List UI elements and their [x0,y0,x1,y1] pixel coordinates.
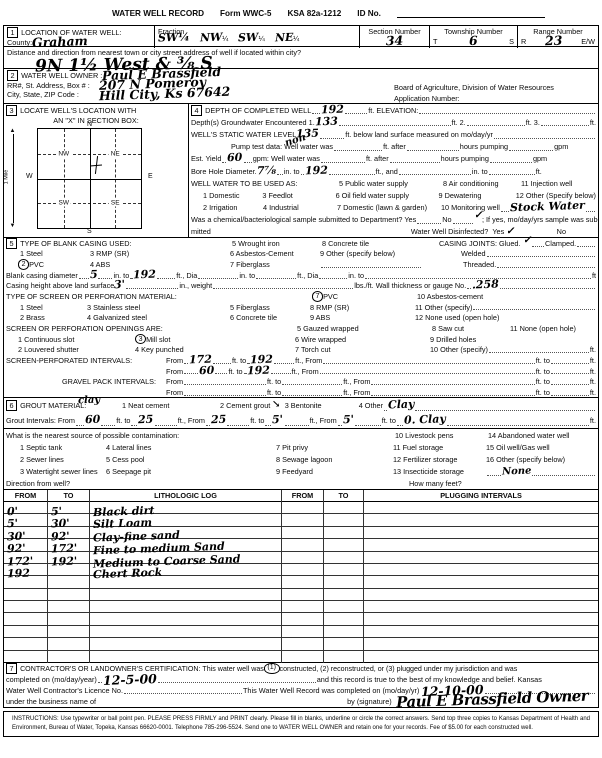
casing-depth-value: 192 [133,270,156,280]
casing-height-value: 3' [114,281,125,290]
opening-option-10: 10 Other (specify) [430,345,488,354]
form-title-bar: WATER WELL RECORD Form WWC-5 KSA 82a-121… [112,9,545,18]
col-to-2: TO [324,490,364,502]
section-4-depth: 4DEPTH OF COMPLETED WELL192ft. ELEVATION… [189,104,598,237]
gauge-value: .258 [472,281,499,291]
casing-option-3: 3 RMP (SR) [90,249,230,258]
well-water-was-label: Well water was [271,154,320,163]
mile-label: 1 Mile [3,170,9,185]
form-number: Form WWC-5 [220,9,271,18]
grout-other-value: Clay [388,401,415,411]
grout-clay-scribble: clay [78,397,100,406]
opening-option-11: 11 None (open hole) [510,324,576,333]
casing-diameter-label: Blank casing diameter [6,271,78,280]
used-as-label: WELL WATER TO BE USED AS: [191,179,339,188]
contam-option-5: 5 Cess pool [106,455,276,464]
lithologic-log-table: FROM TO LITHOLOGIC LOG FROM TO PLUGGING … [4,490,598,663]
north-label: N [87,121,92,128]
litho-from: 5' [7,520,18,529]
section-5-badge: 5 [6,238,17,249]
grout-arrow-mark: ↘ [272,400,281,408]
city-label: City, State, ZIP Code : [7,90,99,99]
ft-to-label: ft. to [536,356,550,365]
contam-option-6: 6 Seepage pit [106,467,276,476]
screen-material-5: 5 Fiberglass [230,303,310,312]
grout-option-3: 3 Bentonite [285,401,359,410]
board-block: Board of Agriculture, Division of Water … [394,83,554,105]
casing-height-label: Casing height above land surface [6,281,114,290]
opening-option-1: 1 Continuous slot [18,335,135,344]
arrow-down-icon: ▼ [10,223,16,229]
ft-from-label: ft., From [343,377,370,386]
litho-to: 172' [51,545,78,555]
section-6-badge: 6 [6,400,17,411]
glued-check: ✓ [522,237,531,245]
pump-test-label: Pump test data: [231,142,282,151]
use-option-7: 7 Domestic (lawn & garden) [337,203,441,212]
gpm-label: gpm [554,142,568,151]
ft-to-label: ft. to [267,377,281,386]
east-label: E [148,173,153,180]
disinfected-label: Water Well Disinfected? [411,227,488,236]
county-cell: 1LOCATION OF WATER WELL: County:Graham [4,26,154,48]
gw-2-label: ft. 2. [452,118,466,127]
grout-option-2: 2 Cement grout [220,401,270,410]
one-mile-scale: ▲ 1 Mile ▼ [8,128,20,229]
gpm-colon-label: gpm: [253,154,269,163]
litho-to: 92' [51,532,70,541]
contam-option-7: 7 Pit privy [276,443,393,452]
center-horizontal-line [38,179,141,180]
ft-and-label: ft., and [376,167,398,176]
contam-option-11: 11 Fuel storage [393,443,486,452]
from-label: From [166,356,183,365]
table-row [4,638,598,650]
sw-quadrant-label: SW [57,200,71,207]
chem-mitted: mitted [191,227,211,236]
depth-completed-label: DEPTH OF COMPLETED WELL [205,106,311,115]
contam-option-8: 8 Sewage lagoon [276,455,393,464]
west-label: W [26,173,33,180]
depth-completed-value: 192 [321,105,344,115]
id-no-blank [397,9,545,18]
screen-material-6: 6 Concrete tile [230,313,310,322]
nw-quadrant-label: NW [56,150,71,157]
ft-dia-label: ft., Dia [176,271,197,280]
opening-option-3: Mill slot [146,335,170,344]
est-yield-label: Est. Yield [191,154,221,163]
table-row [4,626,598,638]
ft-label: ft. [590,356,596,365]
section-7-certification: 7CONTRACTOR'S OR LANDOWNER'S CERTIFICATI… [4,663,598,707]
gravel-pack-label: GRAVEL PACK INTERVALS: [6,377,166,386]
ft-after-label: ft. after [383,142,406,151]
use-option-8: 8 Air conditioning [443,179,521,188]
litho-from: 30' [7,532,26,541]
distance-row: Distance and direction from nearest town… [4,47,598,69]
grout-v4: 5' [272,416,283,425]
no-label: No [557,227,566,236]
threaded-label: Threaded. [463,260,496,269]
direction-from-well-label: Direction from well? [6,479,409,488]
grout-v2: 25 [138,416,154,425]
col-from-2: FROM [282,490,324,502]
grout-intervals-label: Grout Intervals: [6,416,56,425]
col-to: TO [48,490,90,502]
casing-option-2-circled: 2 [18,259,29,269]
est-yield-value: 60 [227,154,243,163]
s-label: S [509,37,514,46]
opening-option-5: 5 Gauzed wrapped [297,324,432,333]
signature-value: Paul E Brassfield Owner [396,689,589,708]
ew-label: E/W [581,37,595,46]
ft-after-label: ft. after [366,154,389,163]
quarter-mark: ¼ [222,34,228,43]
section-7-badge: 7 [6,663,17,674]
fraction-3: SW [238,34,259,44]
city-value: Hill City, Ks 67642 [99,86,231,101]
screen-material-4: 4 Galvanized steel [87,313,230,322]
gw-1-label: 1. [309,118,315,127]
opening-option-6: 6 Wire wrapped [295,335,430,344]
use-option-6: 6 Oil field water supply [336,191,439,200]
grout-option-1: 1 Neat cement [122,401,220,410]
grout-v6: 0. Clay [404,415,446,425]
ft-to-label: ft. to [536,377,550,386]
grout-v1: 60 [85,416,101,425]
fraction-1: SW¼ [158,34,190,44]
col-lithologic-log: LITHOLOGIC LOG [90,490,282,502]
casing-option-8: 8 Concrete tile [322,239,439,248]
cert-line-2: and this record is true to the best of m… [317,675,542,684]
completed-on-label: completed on (mo/day/year) [6,675,97,684]
completed-date: 12-5-00 [103,674,157,686]
litho-from: 0' [7,508,18,517]
col-plugging-intervals: PLUGGING INTERVALS [364,490,598,502]
opening-option-2: 2 Louvered shutter [18,345,135,354]
ft-label: ft. [590,388,596,397]
contam-option-2: 2 Sewer lines [20,455,106,464]
litho-from: 92' [7,545,26,554]
quarter-mark: ¼ [259,34,265,43]
t-label: T [433,37,437,46]
table-row [4,613,598,625]
ft-from-label: ft., From [343,388,370,397]
bore-diameter-value: 7⅞ [257,166,276,175]
screen-material-2: 2 Brass [20,313,87,322]
county-label: County: [7,38,32,47]
screen-material-12: 12 None used (open hole) [415,313,499,322]
hours-pumping-label: hours pumping [460,142,508,151]
static-level-label: WELL'S STATIC WATER LEVEL [191,130,296,139]
litho-from: 172' [7,557,34,567]
address-label: RR#, St. Address, Box # : [7,81,99,90]
casing-option-1: 1 Steel [20,249,90,258]
col-from: FROM [4,490,48,502]
yes-label: Yes [492,227,504,236]
section-6-grout: 6GROUT MATERIAL:1 Neat cement2 Cement gr… [4,398,598,429]
contam-option-12: 12 Fertilizer storage [393,455,486,464]
section-number-value: 34 [363,35,426,47]
contam-other-value: None [502,467,532,476]
section-1-badge: 1 [7,27,18,38]
mile-bar [13,134,14,223]
in-to-label: in. to [348,271,364,280]
ne-quadrant-label: NE [109,150,122,157]
in-to-label: in. to [284,167,300,176]
contam-option-16: 16 Other (specify below) [486,455,565,464]
in-to-label: in. to [239,271,255,280]
ft-from-label: ft., From [310,416,337,425]
use-other-value: Stock Water [510,202,585,213]
ft-from-label: ft., From [178,416,205,425]
screen-material-label: TYPE OF SCREEN OR PERFORATION MATERIAL: [6,292,312,301]
quarter-mark: ¼ [293,34,299,43]
r-label: R [521,37,526,46]
contam-option-9: 9 Feedyard [276,467,393,476]
casing-option-5: 5 Wrought iron [232,239,322,248]
ft-label: ft. [536,167,542,176]
south-label: S [87,228,92,235]
ft-to-label: ft. to [267,388,281,397]
use-option-10: 10 Monitoring well [441,203,500,212]
elevation-label: ft. ELEVATION: [368,106,418,115]
contam-option-14: 14 Abandoned water well [488,431,570,440]
ft-to-label: ft. to [250,416,264,425]
se-quadrant-label: SE [109,200,122,207]
ft-label: ft. [590,367,596,376]
clamped-label: Clamped. [545,239,576,248]
chem-if-yes: ; If yes, mo/day/yrs sample was sub- [482,215,598,224]
form-ksa: KSA 82a-1212 [287,9,341,18]
ft-to-label: ft. to [536,388,550,397]
wall-thickness-label: lbs./ft. Wall thickness or gauge No. [354,281,466,290]
static-note: ft. below land surface measured on mo/da… [345,130,493,139]
screen-material-9: 9 ABS [310,313,415,322]
table-row: 0'5'Black dirt [4,502,598,514]
use-option-11: 11 Injection well [521,179,572,188]
gpm-label: gpm [533,154,547,163]
gw-3-label: ft. 3. [526,118,540,127]
opening-option-3-circled: 3 [135,334,146,344]
from-label: From [166,377,183,386]
from-label: From [58,416,75,425]
board-of-agriculture: Board of Agriculture, Division of Water … [394,83,554,94]
township-cell: Township Number T6S [429,26,517,48]
litho-log: Silt Loam [93,519,152,530]
contam-option-15: 15 Oil well/Gas well [486,443,550,452]
screen-material-11: 11 Other (specify) [415,303,472,312]
id-no-label: ID No. [357,9,381,18]
use-option-3: 3 Feedlot [262,191,335,200]
use-option-5: 5 Public water supply [339,179,443,188]
screen-material-7-circled: 7 [312,291,323,301]
from-label: From [166,388,183,397]
welded-label: Welded [461,249,486,258]
locate-label-1: LOCATE WELL'S LOCATION WITH [20,106,136,115]
cert-line-1b: constructed, (2) reconstructed, or (3) p… [280,665,518,673]
instructions-box: INSTRUCTIONS: Use typewriter or ball poi… [3,711,599,737]
casing-option-4: 4 ABS [90,260,230,269]
ft-label: ft. [590,345,596,354]
litho-from: 192 [7,569,30,579]
use-option-4: 4 Industrial [263,203,337,212]
form-body: 1LOCATION OF WATER WELL: County:Graham F… [3,25,599,708]
water-well-record-form: WATER WELL RECORD Form WWC-5 KSA 82a-121… [0,0,602,758]
township-value: 6 [469,36,478,46]
ft-label: ft. [590,416,596,425]
use-option-9: 9 Dewatering [439,191,516,200]
section-3-badge: 3 [6,105,17,116]
record-completed-label: This Water Well Record was completed on … [243,686,419,695]
screen-intervals-label: SCREEN-PERFORATED INTERVALS: [6,356,166,365]
casing-option-9: 9 Other (specify below) [320,249,437,258]
well-location-x-mark [90,156,102,174]
litho-to: 30' [51,520,70,529]
grout-option-4: 4 Other [359,401,383,410]
opening-option-7: 7 Torch cut [295,345,430,354]
county-value: Graham [32,36,88,48]
disinfected-yes-check: ✓ [506,228,515,236]
contamination-section: What is the nearest source of possible c… [4,429,598,490]
contam-option-1: 1 Septic tank [20,443,106,452]
contam-option-13: 13 Insecticide storage [393,467,486,476]
form-title: WATER WELL RECORD [112,9,204,18]
bore-diameter-label: Bore Hole Diameter. [191,167,257,176]
screen-interval-2-to: 192 [246,366,269,376]
section-5-casing: 5TYPE OF BLANK CASING USED:5 Wrought iro… [4,238,598,398]
casing-joints-label: CASING JOINTS: Glued. [439,239,521,248]
casing-diameter-value: 5 [90,271,98,280]
ft-dia-label: ft., Dia [297,271,318,280]
section-2-badge: 2 [7,70,18,81]
table-row [4,651,598,663]
litho-to: 5' [51,508,62,517]
table-row [4,589,598,601]
table-row [4,601,598,613]
fraction-4: NE [275,34,294,43]
ft-to-label: ft. to [382,416,396,425]
instructions-text: INSTRUCTIONS: Use typewriter or ball poi… [12,716,590,731]
casing-option-6: 6 Asbestos-Cement [230,249,320,258]
use-option-2: 2 Irrigation [203,203,263,212]
how-many-feet-label: How many feet? [409,479,462,488]
ft-to-label: ft. to [228,367,242,376]
casing-option-7: 7 Fiberglass [230,260,320,269]
ft-from-label: ft., From [295,356,322,365]
weight-label: in., weight [179,281,212,290]
contam-option-3: 3 Watertight sewer lines [20,467,106,476]
screen-interval-2-from: 60 [199,366,215,375]
grout-v5: 5' [343,416,354,425]
table-header-row: FROM TO LITHOLOGIC LOG FROM TO PLUGGING … [4,490,598,502]
hours-pumping-label: hours pumping [441,154,489,163]
locate-label-2: AN "X" IN SECTION BOX: [4,116,188,125]
grout-v3: 25 [211,416,227,425]
screen-material-1: 1 Steel [20,303,87,312]
ft-to-label: ft. to [116,416,130,425]
section-3-locate: 3LOCATE WELL'S LOCATION WITH AN "X" IN S… [4,104,189,237]
opening-option-9: 9 Drilled holes [430,335,476,344]
by-signature-label: by (signature) [347,697,392,706]
ft-from-label: ft., From [292,367,319,376]
range-cell: Range Number R23E/W [517,26,598,48]
bore-depth-value: 192 [304,166,327,176]
casing-option-2: PVC [29,260,44,269]
section-1-location: 1LOCATION OF WATER WELL: County:Graham F… [4,26,598,47]
in-to-label: in. to [472,167,488,176]
screen-material-8: 8 RMP (SR) [310,303,415,312]
ft-to-label: ft. to [232,356,246,365]
screen-material-7: PVC [323,292,338,301]
screen-material-10: 10 Asbestos-cement [417,292,483,301]
ft-label: ft. [590,377,596,386]
use-option-1: 1 Domestic [203,191,262,200]
contam-option-4: 4 Lateral lines [106,443,276,452]
section-3-4: 3LOCATE WELL'S LOCATION WITH AN "X" IN S… [4,104,598,238]
groundwater-label: Depth(s) Groundwater Encountered [191,118,307,127]
from-label: From [166,367,183,376]
range-value: 23 [545,36,563,47]
litho-to: 192' [51,557,78,567]
no-label: No [442,215,451,224]
ft-label: ft [592,271,596,280]
fraction-cell: Fraction SW¼ NW¼ SW¼ NE¼ [154,26,359,48]
screen-material-3: 3 Stainless steel [87,303,230,312]
business-name-label: under the business name of [6,697,96,706]
screen-openings-label: SCREEN OR PERFORATION OPENINGS ARE: [6,324,297,333]
contam-option-10: 10 Livestock pens [395,431,488,440]
no-checkmark: ✓ [473,212,482,220]
opening-option-8: 8 Saw cut [432,324,510,333]
ft-label: ft. [590,118,596,127]
ft-to-label: ft. to [536,367,550,376]
section-box-diagram: NW NE SW SE [37,128,142,229]
constructed-1-circled: (1) [264,663,280,673]
blank-casing-label: TYPE OF BLANK CASING USED: [20,239,132,248]
grout-material-label: GROUT MATERIAL: [20,401,86,410]
chem-sample-question: Was a chemical/bacteriological sample su… [191,215,416,224]
contamination-label: What is the nearest source of possible c… [6,431,395,440]
litho-log: Chert Rock [93,569,163,580]
fraction-2: NW [200,34,223,44]
section-4-badge: 4 [191,105,202,116]
section-number-cell: Section Number 34 [359,26,429,48]
